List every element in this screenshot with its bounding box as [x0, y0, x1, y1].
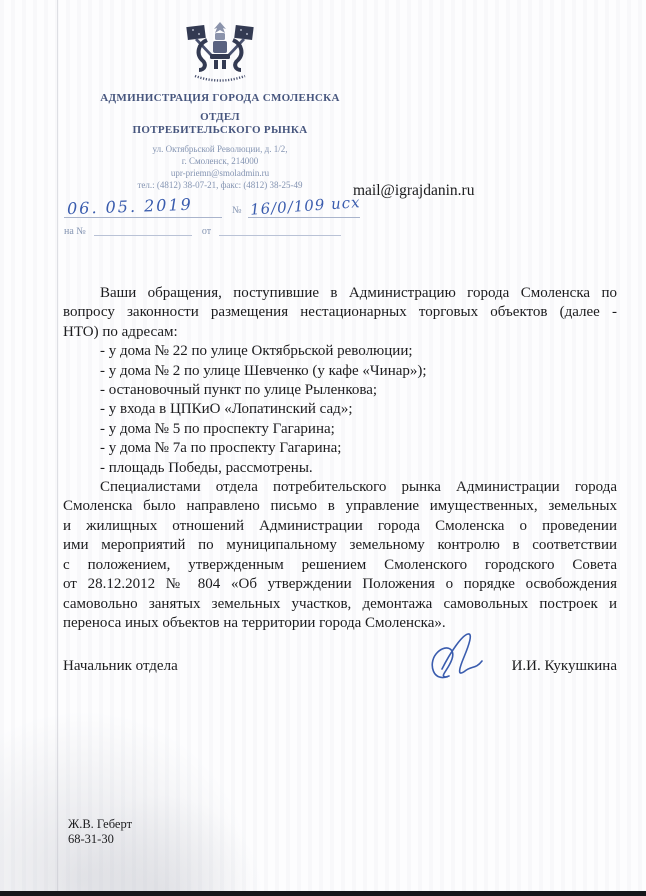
executor-footer: Ж.В. Геберт 68-31-30: [68, 817, 132, 847]
scanned-letter-page: АДМИНИСТРАЦИЯ ГОРОДА СМОЛЕНСКА ОТДЕЛ ПОТ…: [0, 0, 646, 896]
dept-line2: ПОТРЕБИТЕЛЬСКОГО РЫНКА: [70, 124, 370, 137]
body-line: Смоленска было направлено письмо в управ…: [63, 497, 617, 516]
letterhead: АДМИНИСТРАЦИЯ ГОРОДА СМОЛЕНСКА ОТДЕЛ ПОТ…: [70, 14, 370, 191]
body-line: от 28.12.2012 № 804 «Об утверждении Поло…: [63, 575, 617, 594]
signature-scribble-icon: [421, 631, 487, 687]
body-line: НТО) по адресам:: [63, 323, 617, 342]
address-list-item: - площадь Победы, рассмотрены.: [63, 459, 617, 478]
org-email: upr-priemn@smoladmin.ru: [70, 167, 370, 179]
body-line: самовольно занятых земельных участков, д…: [63, 595, 617, 614]
handwritten-date: 06. 05. 2019: [64, 195, 193, 218]
reply-no-blank: [94, 225, 192, 236]
address-list-item: - у дома № 5 по проспекту Гагарина;: [63, 420, 617, 439]
number-label: №: [232, 205, 242, 216]
date-number-line: 06. 05. 2019 № 16/0/109 исх: [64, 197, 369, 218]
scan-bottom-edge: [0, 891, 646, 896]
body-line: и жилищных отношений Администрации город…: [63, 517, 617, 536]
dept-line1: ОТДЕЛ: [70, 111, 370, 124]
outgoing-number-field: 16/0/109 исх: [248, 197, 360, 218]
phone-fax-line: тел.: (4812) 38-07-21, факс: (4812) 38-2…: [70, 179, 370, 191]
address-list-item: - у дома № 2 по улице Шевченко (у кафе «…: [63, 362, 617, 381]
org-name: АДМИНИСТРАЦИЯ ГОРОДА СМОЛЕНСКА: [70, 92, 370, 104]
body-line: вопросу законности размещения нестациона…: [63, 303, 617, 322]
address-list-item: - остановочный пункт по улице Рыленкова;: [63, 381, 617, 400]
recipient-email: mail@igrajdanin.ru: [353, 182, 474, 200]
body-line: с положением, утвержденным решением Смол…: [63, 556, 617, 575]
contact-block: ул. Октябрьской Революции, д. 1/2, г. См…: [70, 143, 370, 191]
handwritten-number: 16/0/109 исх: [247, 193, 361, 219]
address-list-item: - у дома № 7а по проспекту Гагарина;: [63, 439, 617, 458]
date-field: 06. 05. 2019: [64, 197, 222, 218]
address-line1: ул. Октябрьской Революции, д. 1/2,: [70, 143, 370, 155]
smolensk-coat-of-arms-icon: [183, 20, 257, 84]
executor-name: Ж.В. Геберт: [68, 817, 132, 832]
body-line: Специалистами отдела потребительского ры…: [63, 478, 617, 497]
reply-from-blank: [219, 225, 341, 236]
body-line: ими мероприятий по муниципальному земель…: [63, 536, 617, 555]
executor-phone: 68-31-30: [68, 832, 132, 847]
address-list-item: - у входа в ЦПКиО «Лопатинский сад»;: [63, 400, 617, 419]
address-list-item: - у дома № 22 по улице Октябрьской револ…: [63, 342, 617, 361]
reference-block: 06. 05. 2019 № 16/0/109 исх на № от: [64, 197, 369, 237]
reply-no-label: на №: [64, 226, 86, 237]
body-line: переноса иных объектов на территории гор…: [63, 614, 617, 633]
page-edge-line: [57, 0, 58, 891]
signature-block: Начальник отдела И.И. Кукушкина: [63, 658, 617, 698]
body-line: Ваши обращения, поступившие в Администра…: [63, 284, 617, 303]
address-line2: г. Смоленск, 214000: [70, 155, 370, 167]
letter-body: Ваши обращения, поступившие в Администра…: [63, 284, 617, 633]
signer-name: И.И. Кукушкина: [512, 658, 617, 675]
department-name: ОТДЕЛ ПОТРЕБИТЕЛЬСКОГО РЫНКА: [70, 111, 370, 137]
reply-reference-line: на № от: [64, 225, 369, 237]
signer-position: Начальник отдела: [63, 658, 178, 675]
reply-from-label: от: [202, 226, 211, 237]
